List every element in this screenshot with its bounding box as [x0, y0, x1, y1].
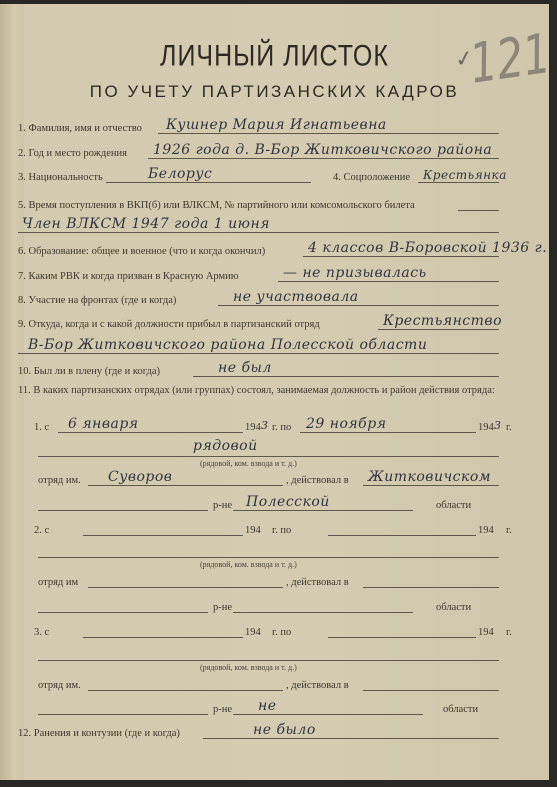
unit-3-dates: 3. с 194 г. по 194 г.: [18, 621, 519, 641]
field-value: Белорус: [148, 166, 212, 182]
field-full-name: 1. Фамилия, имя и отчество Кушнер Мария …: [18, 117, 519, 137]
unit-3-name: отряд им. , действовал в: [18, 674, 519, 694]
field-party-value: Член ВЛКСМ 1947 года 1 июня: [18, 216, 519, 236]
unit-1-district: р-не Полесской области: [18, 494, 519, 514]
field-wounds: 12. Ранения и контузии (где и когда) не …: [18, 722, 519, 742]
field-label: 5. Время поступления в ВКП(б) или ВЛКСМ,…: [18, 200, 415, 211]
field-label: 3. Национальность: [18, 172, 103, 183]
field-label: 4. Соцположение: [333, 172, 410, 183]
unit-2-position: [18, 541, 519, 561]
field-units: 11. В каких партизанских отрядах (или гр…: [18, 384, 519, 418]
field-value: — не призывалась: [283, 265, 427, 281]
unit-position: рядовой: [193, 438, 258, 454]
unit-acted: Житковичском: [368, 469, 491, 485]
unit-3-position: [18, 644, 519, 664]
field-label: 2. Год и место рождения: [18, 148, 127, 159]
unit-3-district: р-не не области: [18, 698, 519, 718]
field-label: 11. В каких партизанских отрядах (или гр…: [18, 384, 518, 397]
unit-to-date: 29 ноября: [306, 416, 386, 432]
field-label: 10. Был ли в плену (где и когда): [18, 366, 160, 377]
unit-2-district: р-не области: [18, 596, 519, 616]
field-value: не участвовала: [233, 289, 359, 305]
field-value: 4 классов В-Боровской 1936 г.: [308, 240, 547, 256]
field-label: 12. Ранения и контузии (где и когда): [18, 728, 180, 739]
page-subtitle: ПО УЧЕТУ ПАРТИЗАНСКИХ КАДРОВ: [0, 82, 549, 102]
unit-1-dates: 1. с 6 января 194 3 г. по 29 ноября 194 …: [18, 416, 519, 436]
field-birth: 2. Год и место рождения 1926 года д. В-Б…: [18, 142, 519, 162]
field-value: 1926 года д. В-Бор Житковичского района: [153, 142, 492, 158]
field-arrival: 9. Откуда, когда и с какой должности при…: [18, 313, 519, 333]
field-fronts: 8. Участие на фронтах (где и когда) не у…: [18, 289, 519, 309]
field-value: Кушнер Мария Игнатьевна: [166, 117, 387, 133]
field-label: 9. Откуда, когда и с какой должности при…: [18, 319, 320, 330]
field-label: 8. Участие на фронтах (где и когда): [18, 295, 176, 306]
unit-1-name: отряд им. Суворов , действовал в Житкови…: [18, 469, 519, 489]
field-label: 6. Образование: общее и военное (что и к…: [18, 246, 265, 257]
unit-from-date: 6 января: [68, 416, 139, 432]
field-value: не был: [218, 360, 272, 376]
field-label: 1. Фамилия, имя и отчество: [18, 123, 142, 134]
field-value: Крестьянство: [383, 313, 502, 329]
document-page: ✓ 121 ЛИЧНЫЙ ЛИСТОК ПО УЧЕТУ ПАРТИЗАНСКИ…: [0, 4, 549, 780]
page-title: ЛИЧНЫЙ ЛИСТОК: [0, 39, 549, 74]
unit-2-dates: 2. с 194 г. по 194 г.: [18, 519, 519, 539]
field-value: Член ВЛКСМ 1947 года 1 июня: [22, 216, 270, 232]
field-party: 5. Время поступления в ВКП(б) или ВЛКСМ,…: [18, 194, 519, 214]
unit-district: Полесской: [246, 494, 330, 510]
field-conscription: 7. Каким РВК и когда призван в Красную А…: [18, 265, 519, 285]
field-captivity: 10. Был ли в плену (где и когда) не был: [18, 360, 519, 380]
unit-district: не: [258, 698, 277, 714]
field-education: 6. Образование: общее и военное (что и к…: [18, 240, 519, 260]
field-value: не было: [253, 722, 316, 738]
field-label: 7. Каким РВК и когда призван в Красную А…: [18, 271, 239, 282]
field-value: Крестьянка: [423, 168, 507, 182]
field-nationality: 3. Национальность Белорус 4. Соцположени…: [18, 166, 519, 186]
unit-1-position: рядовой: [18, 440, 519, 460]
unit-2-name: отряд им , действовал в: [18, 571, 519, 591]
field-value: В-Бор Житковичского района Полесской обл…: [28, 337, 427, 353]
unit-name: Суворов: [108, 469, 172, 485]
field-arrival-cont: В-Бор Житковичского района Полесской обл…: [18, 337, 519, 357]
